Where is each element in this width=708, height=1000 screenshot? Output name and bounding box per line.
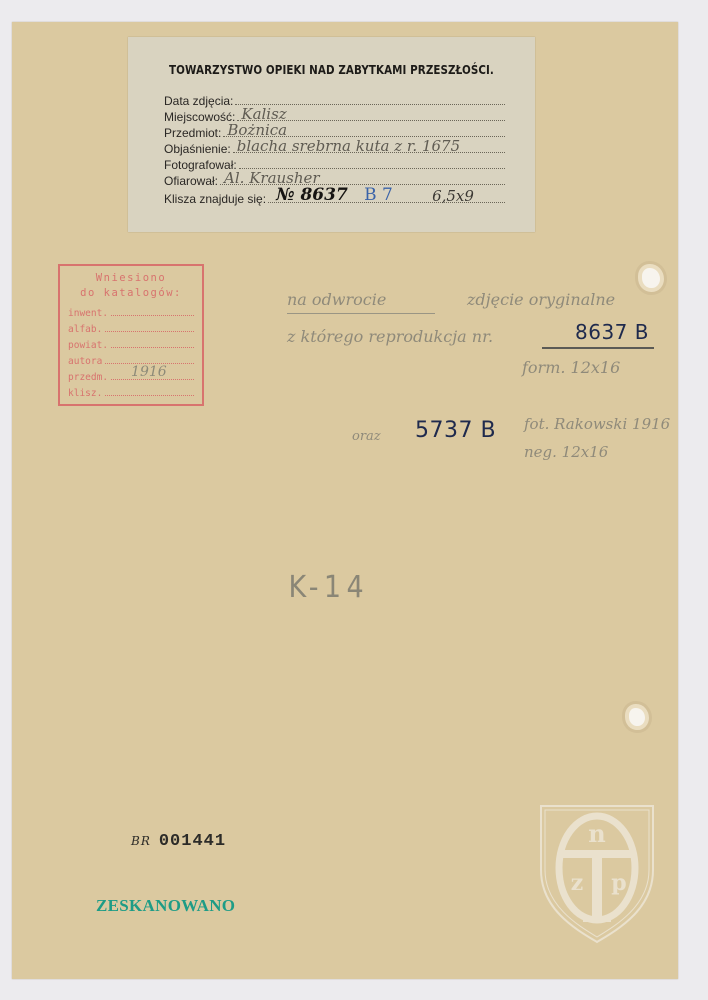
oraz-number: 5737 B [415,418,496,443]
field-plate-location: Klisza znajduje się: № 8637 B 7 6,5x9 [164,190,505,206]
field-label: Data zdjęcia: [164,94,233,108]
scanned-stamp: ZESKANOWANO [96,896,235,916]
stamp-row-alphabetical: alfab. [68,322,194,335]
field-description: Objaśnienie: blacha srebrna kuta z r. 16… [164,140,505,156]
plate-size: 6,5x9 [432,187,474,205]
svg-text:n: n [588,819,605,848]
note-negative: neg. 12x16 [524,443,608,461]
field-value: blacha srebrna kuta z r. 1675 [237,137,460,155]
note-oraz: oraz [352,429,381,444]
field-photographer: Fotografował: [164,156,505,172]
field-location: Miejscowość: Kalisz [164,108,505,124]
svg-text:z: z [571,870,584,896]
note-signature: K-14 [288,570,369,605]
stamp-row-plates: klisz. [68,386,194,399]
field-label: Przedmiot: [164,126,221,140]
inventory-prefix: BR [131,834,151,848]
inventory-value: 001441 [159,832,226,851]
note-photo-credit: fot. Rakowski 1916 [524,415,670,433]
paper-hole-top [642,268,660,288]
note-on-reverse: na odwrocie [287,290,386,309]
plate-suffix: B 7 [364,185,393,205]
stamp-heading: Wniesiono do katalogów: [60,271,202,301]
card-title: TOWARZYSTWO OPIEKI NAD ZABYTKAMI PRZESZŁ… [156,63,506,77]
tonzp-watermark-icon: n z p [537,800,657,945]
stamp-row-inventory: inwent. [68,306,194,319]
svg-text:p: p [611,870,626,896]
stamp-row-district: powiat. [68,338,194,351]
label-card: TOWARZYSTWO OPIEKI NAD ZABYTKAMI PRZESZŁ… [128,37,535,232]
catalog-stamp: Wniesiono do katalogów: inwent. alfab. p… [58,264,204,406]
note-underline [287,313,435,314]
field-label: Ofiarował: [164,174,218,188]
note-format: form. 12x16 [522,358,620,377]
inventory-number: BR001441 [131,832,226,851]
archival-card: TOWARZYSTWO OPIEKI NAD ZABYTKAMI PRZESZŁ… [12,22,678,979]
field-label: Objaśnienie: [164,142,231,156]
paper-hole-bottom [629,708,645,726]
plate-number: № 8637 [276,185,348,205]
note-original-photo: zdjęcie oryginalne [467,290,615,309]
field-label: Klisza znajduje się: [164,192,266,206]
stamp-row-subject: przedm.1916 [68,370,194,383]
reproduction-underline [542,347,654,349]
field-label: Miejscowość: [164,110,235,124]
note-reproduction: z którego reprodukcja nr. [287,327,493,346]
reproduction-number: 8637 B [575,320,649,344]
field-photo-date: Data zdjęcia: [164,92,505,108]
